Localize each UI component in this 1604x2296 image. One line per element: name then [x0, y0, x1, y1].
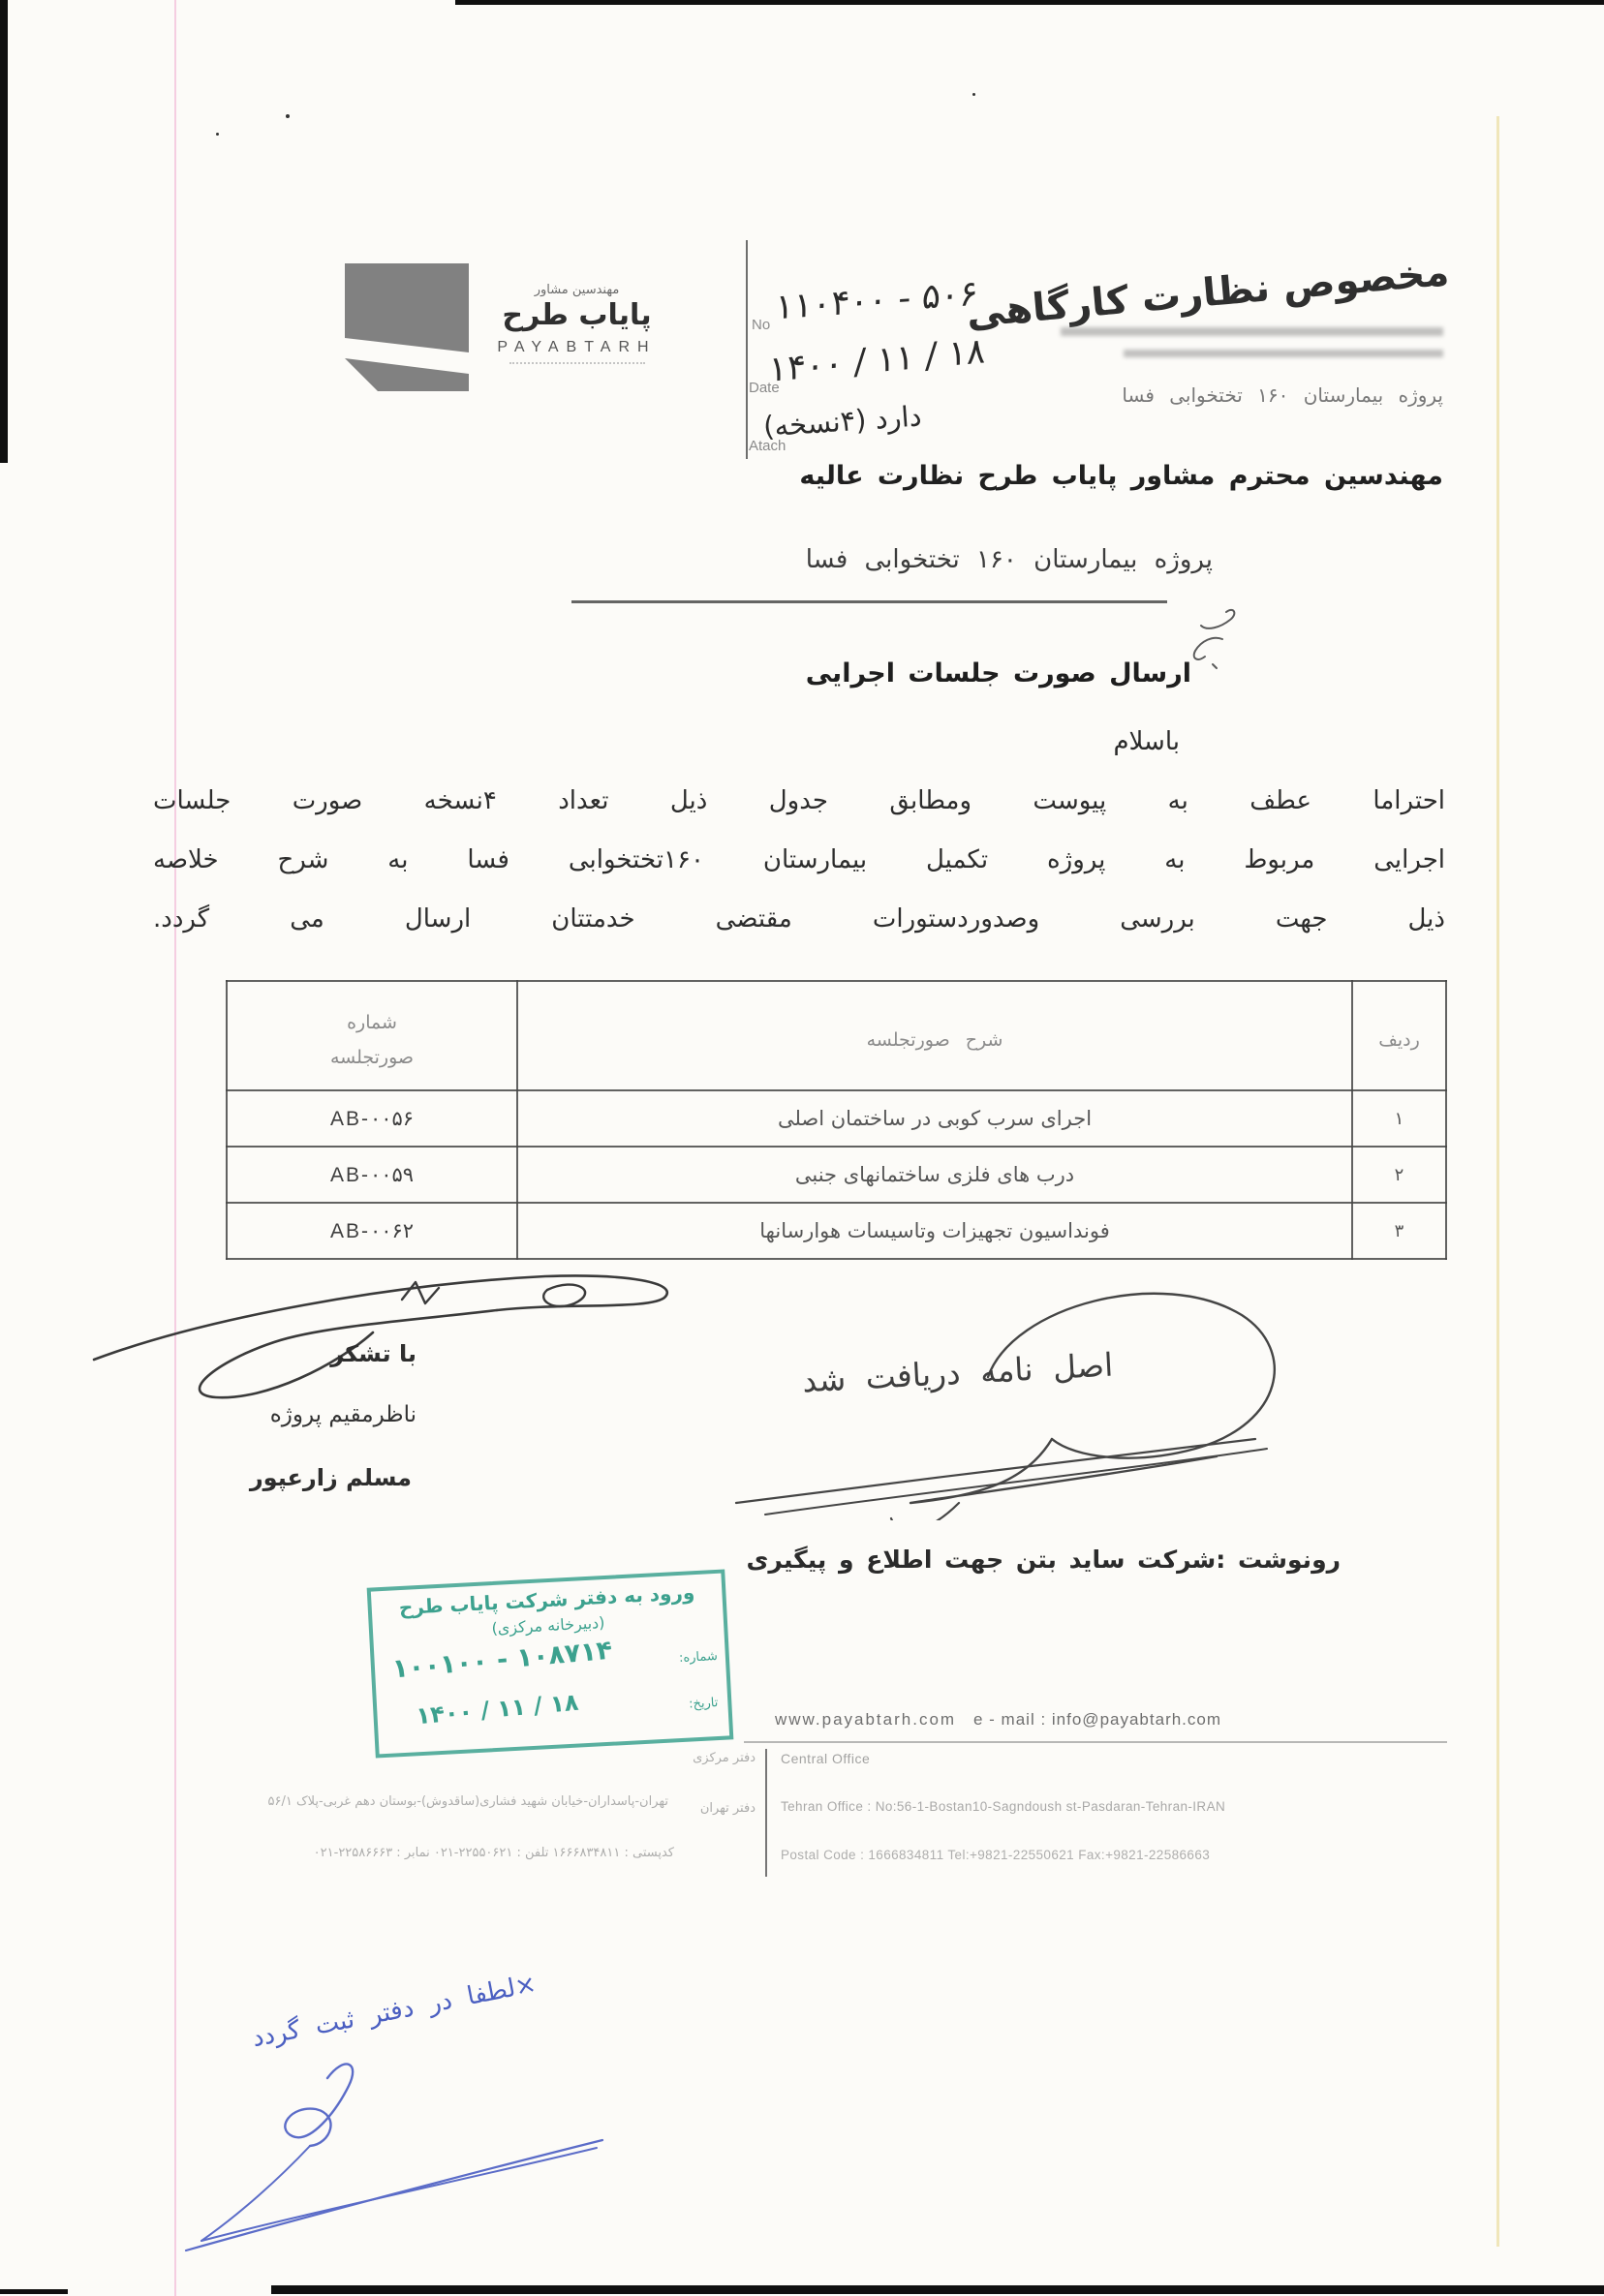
scan-speck [972, 93, 975, 96]
blue-handwritten-note: ×لطفا در دفتر ثبت گردد [250, 1970, 539, 2053]
footer-rule [744, 1741, 1447, 1743]
col-header-num-line2: صورتجلسه [229, 1047, 515, 1068]
project-caption: پروژه بیمارستان ۱۶۰ تختخوابی فسا [1122, 383, 1443, 407]
closing-name: مسلم زارعپور [250, 1464, 412, 1491]
scan-edge-left [0, 0, 8, 463]
recipient-line: مهندسین محترم مشاور پایاب طرح نظارت عالی… [799, 461, 1443, 491]
scan-edge-bottom [271, 2285, 1604, 2294]
salutation: باسلام [1113, 727, 1180, 756]
attach-value: دارد (۴نسخه) [762, 399, 923, 443]
col-header-row: ردیف [1352, 981, 1446, 1090]
scan-edge-bottom-left [0, 2289, 68, 2294]
closing-role: ناظرمقیم پروژه [270, 1402, 416, 1427]
project-title: پروژه بیمارستان ۱۶۰ تختخوابی فسا [806, 545, 1213, 574]
stamp-number-label: شماره: [679, 1649, 719, 1666]
blue-signature [165, 2051, 649, 2274]
col-header-num: شماره صورتجلسه [227, 981, 517, 1090]
ref-block-divider [746, 240, 748, 459]
footer-divider [765, 1749, 767, 1877]
footer-central-office-en: Central Office [781, 1751, 870, 1766]
row-desc: اجرای سرب کوبی در ساختمان اصلی [517, 1090, 1352, 1147]
table-row: ۲ درب های فلزی ساختمانهای جنبی AB-۰۰۵۹ [227, 1147, 1446, 1203]
supervisor-signature [82, 1251, 702, 1406]
col-header-desc: شرح صورتجلسه [517, 981, 1352, 1090]
date-value: ۱۴۰۰ / ۱۱ / ۱۸ [768, 331, 986, 390]
table-row: ۱ اجرای سرب کوبی در ساختمان اصلی AB-۰۰۵۶ [227, 1090, 1446, 1147]
brand-block: مهندسین مشاور پایاب طرح PAYABTARH [482, 283, 671, 364]
footer-tehran-office-fa: دفتر تهران [700, 1801, 756, 1816]
website: www.payabtarh.com [775, 1710, 956, 1730]
redaction-smudge [1124, 350, 1443, 357]
footer-central-office-fa: دفتر مرکزی [693, 1751, 756, 1765]
brand-name-fa: پایاب طرح [482, 297, 671, 334]
row-num: AB-۰۰۵۶ [227, 1090, 517, 1147]
body-line-2: اجرایی مربوط به پروژه تکمیل بیمارستان ۱۶… [153, 831, 1445, 890]
body-paragraph: احتراما عطف به پیوست ومطابق جدول ذیل تعد… [153, 772, 1445, 949]
brand-name-en: PAYABTARH [482, 339, 671, 356]
minutes-table: ردیف شرح صورتجلسه شماره صورتجلسه ۱ اجرای… [226, 980, 1447, 1260]
body-line-3: ذیل جهت بررسی وصدوردستورات مقتضی خدمتتان… [153, 890, 1445, 949]
stamp-number-value: ۱۰۰۱۰۰ - ۱۰۸۷۱۴ [391, 1636, 614, 1685]
row-index: ۳ [1352, 1203, 1446, 1259]
scan-speck [286, 114, 290, 118]
email: e - mail : info@payabtarh.com [973, 1710, 1221, 1730]
closing-thanks: با تشکر [330, 1340, 416, 1367]
minutes-table-wrap: ردیف شرح صورتجلسه شماره صورتجلسه ۱ اجرای… [226, 980, 1447, 1260]
page-edge-shadow [1496, 116, 1499, 2247]
title-underline [571, 600, 1167, 603]
brand-divider-dots [509, 362, 645, 364]
office-entry-stamp: ورود به دفتر شرکت پایاب طرح (دبیرخانه مر… [367, 1569, 734, 1758]
cc-line: رونوشت :شرکت ساید بتن جهت اطلاع و پیگیری [747, 1546, 1342, 1574]
row-index: ۱ [1352, 1090, 1446, 1147]
footer-contacts-en: Postal Code : 1666834811 Tel:+9821-22550… [781, 1848, 1210, 1862]
copy-type-heading: مخصوص نظارت کارگاهی [965, 250, 1451, 336]
no-value: ۱۱۰۴۰۰ - ۵۰۶ [775, 274, 979, 328]
row-index: ۲ [1352, 1147, 1446, 1203]
brand-small-fa: مهندسین مشاور [482, 283, 671, 297]
footer-contacts-fa: کدپستی : ۱۶۶۶۸۳۴۸۱۱ تلفن : ۲۲۵۵۰۶۲۱-۰۲۱ … [314, 1846, 674, 1860]
payabtarh-logo [345, 263, 469, 391]
row-num: AB-۰۰۵۹ [227, 1147, 517, 1203]
scanned-letter-page: مهندسین مشاور پایاب طرح PAYABTARH No ۱۱۰… [0, 0, 1604, 2296]
stamp-date-label: تاریخ: [689, 1696, 719, 1712]
margin-line [174, 0, 176, 2296]
body-line-1: احتراما عطف به پیوست ومطابق جدول ذیل تعد… [153, 772, 1445, 831]
footer-tehran-office-en: Tehran Office : No:56-1-Bostan10-Sagndou… [781, 1799, 1225, 1814]
col-header-num-line1: شماره [229, 1012, 515, 1033]
redaction-smudge [1061, 327, 1443, 336]
scan-speck [216, 133, 219, 136]
margin-scribble [1184, 602, 1244, 672]
footer-address-fa: تهران-پاسداران-خیابان شهید فشاری(ساقدوش)… [267, 1794, 668, 1809]
stamp-date-value: ۱۴۰۰ / ۱۱ / ۱۸ [415, 1689, 579, 1730]
subject-line: ارسال صورت جلسات اجرایی [806, 658, 1191, 689]
scan-edge-top [455, 0, 1604, 5]
no-label: No [752, 317, 770, 333]
row-desc: درب های فلزی ساختمانهای جنبی [517, 1147, 1352, 1203]
